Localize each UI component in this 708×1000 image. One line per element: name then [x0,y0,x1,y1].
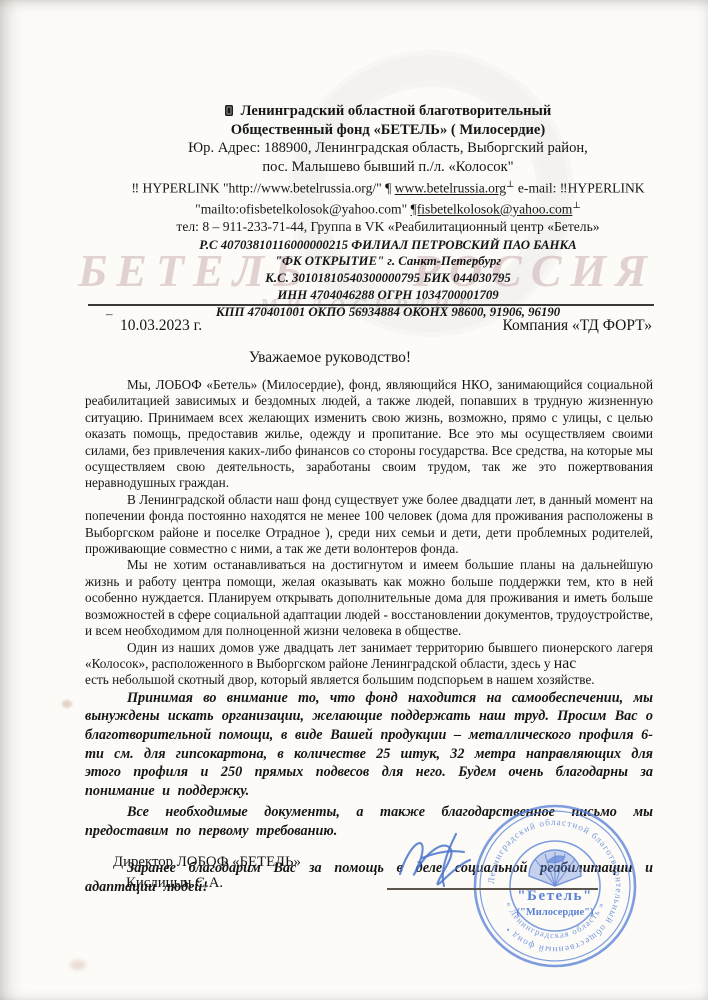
signature-block: Директор ЛОБОФ «БЕТЕЛЬ» Кислицын С.А. [113,852,301,894]
website-link[interactable]: www.betelrussia.org [395,181,506,196]
phone-icon [225,105,233,116]
bank-ks-bik-line: К.С. 30101810540300000795 БИК 044030795 [88,271,688,286]
header-divider [88,304,654,306]
stamp-shell-emblem [529,850,581,886]
stamp-center-subname: ("Милосердие") [517,907,594,918]
director-autograph [392,828,532,903]
org-name-line2: Общественный фонд «БЕТЕЛЬ» ( Милосердие) [88,121,688,140]
paragraph-about-fund: Мы, ЛОБОФ «Бетель» (Милосердие), фонд, я… [85,377,653,492]
paragraph-kolosok: Один из наших домов уже двадцать лет зан… [85,640,653,673]
bank-account-line: Р.С 40703810116000000215 ФИЛИАЛ ПЕТРОВСК… [88,238,688,253]
director-name: Кислицын С.А. [113,873,301,894]
letter-date: 10.03.2023 г. [120,317,202,335]
salutation: Уважаемое руководство! [0,349,660,367]
hyperlink-code-prefix: ‼ HYPERLINK "http://www.betelrussia.org/… [131,181,394,196]
kolosok-tail-big: нас [554,655,576,672]
recipient-company: Компания «ТД ФОРТ» [502,317,652,335]
email-link[interactable]: ¶fisbetelkolosok@yahoo.com [411,202,573,217]
paragraph-plans: Мы не хотим останавливаться на достигнут… [85,557,653,639]
mailto-code-prefix: "mailto:ofisbetelkolosok@yahoo.com" [195,202,410,217]
website-line: ‼ HYPERLINK "http://www.betelrussia.org/… [88,176,688,197]
scan-stain [62,700,72,708]
address-line1: Юр. Адрес: 188900, Ленинградская область… [88,139,688,158]
paragraph-farm: есть небольшой скотный двор, который явл… [85,672,653,688]
org-name-text: Ленинградский областной благотворительны… [241,103,552,119]
paragraph-request: Принимая во внимание то, что фонд находи… [85,689,653,801]
field-mark: ⊥ [506,179,514,189]
field-mark: ⊥ [572,200,580,210]
phone-line: тел: 8 – 911-233-71-44, Группа в VK «Реа… [88,218,688,236]
email-line: "mailto:ofisbetelkolosok@yahoo.com" ¶fis… [88,197,688,218]
letterhead: Ленинградский областной благотворительны… [88,102,688,320]
address-line2: пос. Малышево бывший п./л. «Колосок" [88,158,688,177]
hyperlink-code-suffix: e-mail: ‼HYPERLINK [515,181,645,196]
scan-stain [70,960,86,970]
director-title: Директор ЛОБОФ «БЕТЕЛЬ» [113,852,301,873]
inn-ogrn-line: ИНН 4704046288 ОГРН 1034700001709 [88,288,688,303]
scanned-letter-page: БЕТЕЛЬ РОССИЯ МИЛОСЕРДИЕ Ленинградский о… [0,0,708,1000]
org-name-line1: Ленинградский областной благотворительны… [88,102,688,121]
stray-dash-mark: – [106,306,113,322]
paragraph-history: В Ленинградской области наш фонд существ… [85,492,653,558]
bank-name-line: "ФК ОТКРЫТИЕ" г. Санкт-Петербург [88,254,688,269]
